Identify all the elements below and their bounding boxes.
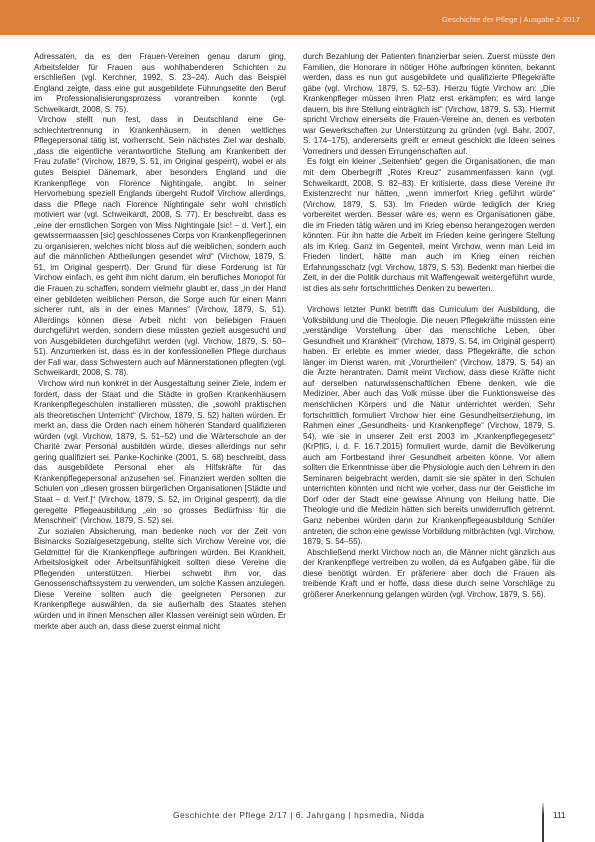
paragraph: Abschließend merkt Virchow noch an, die … — [303, 548, 555, 601]
footer-citation: Geschichte der Pflege 2/17 | 6. Jahrgang… — [173, 810, 425, 820]
paragraph: Zur sozialen Absicherung, man bedenke no… — [34, 527, 286, 632]
paragraph: Es folgt ein kleiner „Seitenhieb“ gegen … — [303, 157, 555, 294]
paragraph: Virchows letzter Punkt betrifft das Curr… — [303, 305, 555, 548]
header-fade — [0, 35, 595, 41]
page-number: 111 — [553, 810, 566, 820]
paragraph: durch Bezahlung der Patienten finanzierb… — [303, 52, 555, 157]
running-title: Geschichte der Pflege | Ausgabe 2-2017 — [442, 15, 580, 24]
footer-divider — [542, 803, 544, 842]
paragraph: Virchow wird nun konkret in der Ausgesta… — [34, 379, 286, 527]
paragraph: Adressaten, da es den Frauen-Vereinen ge… — [34, 52, 286, 115]
left-text-column: Adressaten, da es den Frauen-Vereinen ge… — [34, 52, 286, 632]
right-text-column: durch Bezahlung der Patienten finanzierb… — [303, 52, 555, 600]
paragraph: Virchow stellt nun fest, dass in Deutsch… — [34, 115, 286, 379]
